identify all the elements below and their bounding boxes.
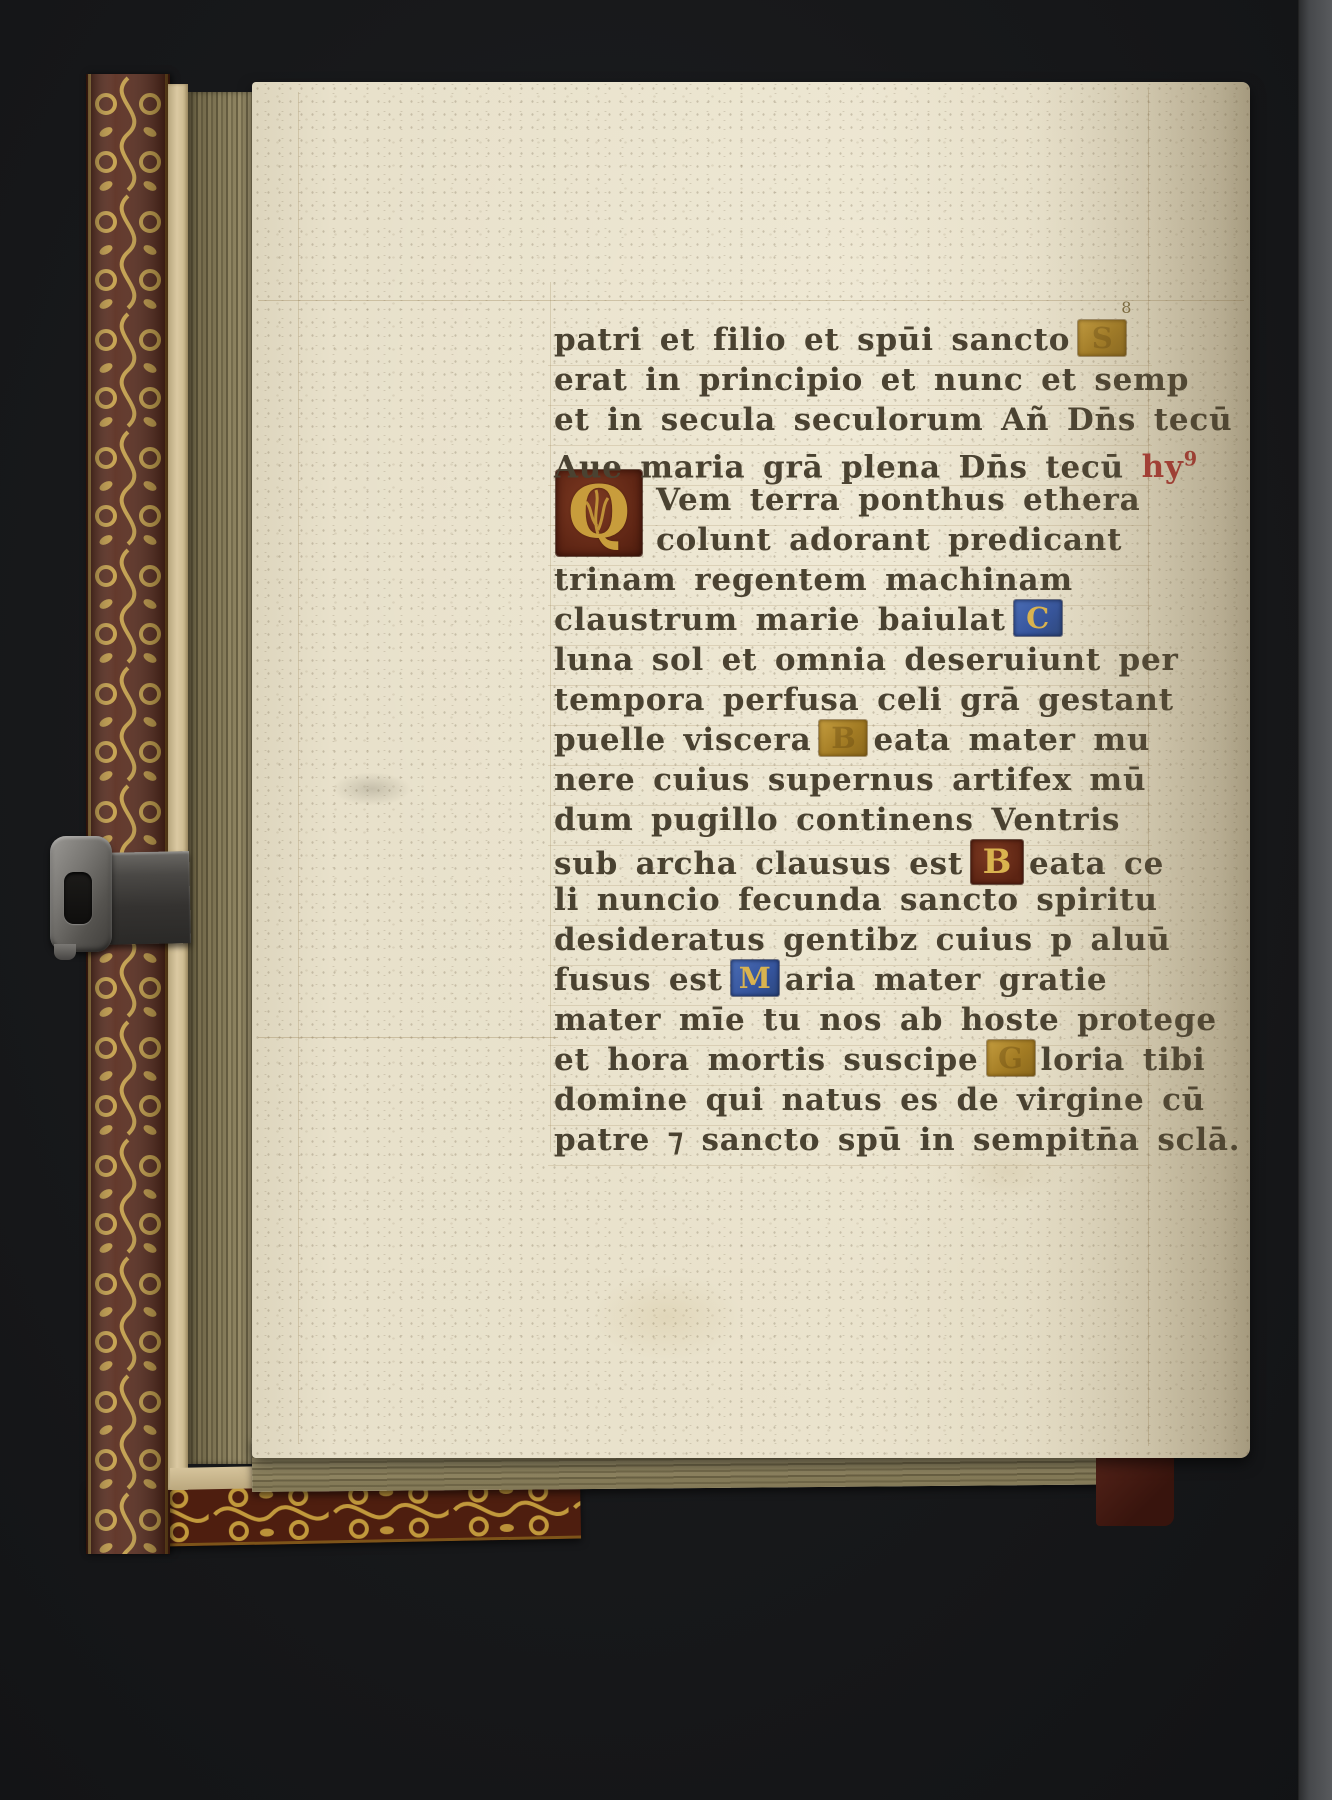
line-text: sub archa clausus est	[554, 846, 963, 882]
clasp-slot	[64, 872, 92, 924]
line-text: claustrum marie baiulat	[554, 602, 1006, 638]
leather-corner-bottom-right	[1096, 1446, 1174, 1526]
gutter-shadow	[1030, 82, 1250, 1458]
illuminated-initial: G	[987, 1040, 1035, 1076]
ruling-line-mid	[258, 1037, 558, 1038]
manuscript-photo: Q patri et filio et spūi sanctoS8erat in…	[0, 0, 1332, 1800]
board-edge	[168, 84, 188, 1490]
scan-cradle-edge	[1298, 0, 1332, 1800]
illuminated-initial: B	[971, 840, 1023, 884]
line-text: trinam regentem machinam	[554, 562, 1073, 598]
ruling-line-left-margin	[298, 92, 299, 1444]
line-text: patri et filio et spūi sancto	[554, 322, 1070, 358]
line-text: et hora mortis suscipe	[554, 1042, 979, 1078]
line-text: fusus est	[554, 962, 723, 998]
vellum-page: Q patri et filio et spūi sanctoS8erat in…	[252, 82, 1250, 1458]
illuminated-initial: B	[819, 720, 867, 756]
page-edges-left	[188, 92, 254, 1464]
gilt-leather-fore-edge	[86, 74, 170, 1554]
clasp-hook	[54, 944, 76, 960]
stain	[332, 772, 412, 806]
illuminated-initial: M	[731, 960, 779, 996]
clasp-strap	[103, 851, 191, 945]
stain	[592, 1272, 742, 1362]
line-text: puelle viscera	[554, 722, 811, 758]
